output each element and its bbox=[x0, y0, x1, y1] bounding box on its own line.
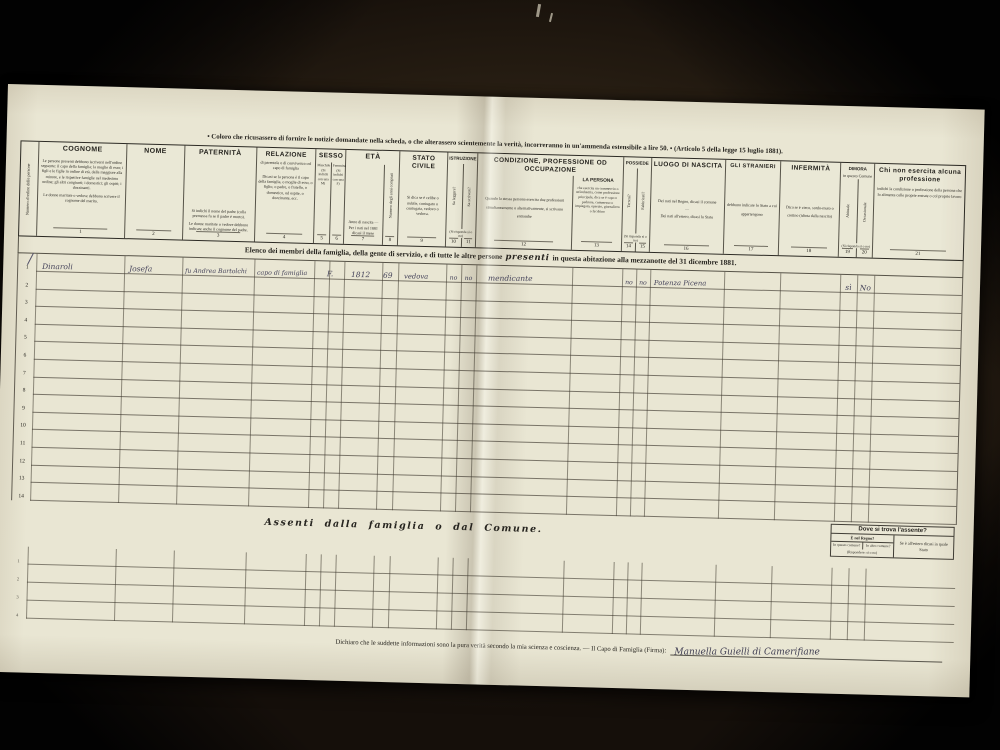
absent-rows: 1 2 3 4 bbox=[8, 546, 956, 643]
num-anno-nascita: 7 bbox=[344, 235, 381, 245]
row-number: 8 bbox=[15, 388, 33, 394]
label-sa-leggere: Sa leggere? bbox=[452, 187, 457, 206]
elenco-text-presenti: presenti bbox=[505, 253, 549, 264]
elenco-text-post: in questa abitazione alla mezzanotte del… bbox=[552, 254, 736, 268]
col-num-relazione: 4 bbox=[254, 233, 313, 244]
entry-sa-scrivere: no bbox=[461, 275, 476, 282]
col-desc-stranieri: debbono indicare lo Stato a cui apparten… bbox=[724, 199, 779, 219]
row-number: 9 bbox=[14, 405, 32, 411]
num-anni-compiuti: 8 bbox=[382, 236, 397, 245]
entry-sa-leggere: no bbox=[446, 274, 461, 281]
col-desc-chi-non-esercita: indichi la condizione o professione dell… bbox=[875, 184, 965, 199]
subcol-anni-compiuti: Numero degli anni compiuti 8 bbox=[381, 164, 399, 245]
row-number: 2 bbox=[9, 576, 27, 581]
row-number: 10 bbox=[14, 423, 32, 429]
absent-box-nota: (Rispondere: sì o no) bbox=[831, 549, 893, 558]
col-relazione: RELAZIONE di parentela o di convivenza c… bbox=[254, 148, 316, 244]
subcol-femmina: Femmina (Si indichi con una F) 6 bbox=[329, 162, 346, 244]
entry-professione: mendicante bbox=[488, 273, 533, 282]
census-table: Numero d'ordine delle persone COGNOME Le… bbox=[11, 141, 966, 525]
col-num-nome: 2 bbox=[125, 230, 182, 240]
subcol-sa-scrivere: Sa scrivere? bbox=[461, 164, 477, 230]
label-sa-scrivere: Sa scrivere? bbox=[467, 187, 472, 207]
col-title-sesso: SESSO bbox=[316, 150, 345, 163]
col-paternita: PATERNITÀ Si indichi il nome del padre (… bbox=[183, 146, 257, 242]
col-nome: NOME 2 bbox=[125, 145, 185, 240]
row-number: 3 bbox=[17, 300, 35, 306]
label-la-persona: che esercita un commercio o un'industria… bbox=[573, 184, 622, 215]
col-infermita: INFERMITÀ Dica se è cieco, sordo-muto o … bbox=[779, 162, 841, 258]
entry-stato-civile: vedova bbox=[404, 272, 428, 280]
col-num-infermita: 18 bbox=[779, 247, 838, 258]
col-stranieri: GLI STRANIERI debbono indicare lo Stato … bbox=[723, 160, 781, 255]
col-dimora: DIMORA in questo Comune Abituale Occasio… bbox=[839, 163, 875, 258]
row-number: 7 bbox=[15, 370, 33, 376]
col-num-stato-civile: 9 bbox=[398, 237, 445, 247]
col-desc2-cognome: Le donne maritate o vedove debbono scriv… bbox=[38, 190, 125, 205]
num-abituale: 19 bbox=[839, 248, 856, 257]
subcol-anno-nascita: Anno di nascita — Per i nati nel 1881 di… bbox=[344, 163, 383, 245]
entry-nome: Josefa bbox=[129, 264, 152, 273]
num-sa-leggere: 10 bbox=[446, 238, 461, 247]
row-number: 2 bbox=[18, 282, 36, 288]
declaration-text: Dichiaro che le suddette informazioni so… bbox=[335, 639, 666, 656]
num-maschile: 5 bbox=[314, 235, 329, 244]
row-number: 6 bbox=[16, 352, 34, 358]
col-title-stato-civile: STATO CIVILE bbox=[400, 152, 447, 173]
row-number: 12 bbox=[13, 458, 31, 464]
row-number: 1 bbox=[9, 558, 27, 563]
absent-box-estero-label: Se è all'estero dicasi in quale Stato bbox=[894, 538, 953, 556]
row-number: 3 bbox=[9, 594, 27, 599]
col-cognome: COGNOME Le persone presenti debbono iscr… bbox=[37, 142, 127, 238]
entry-paternita: fu Andrea Bartolchi bbox=[185, 267, 247, 275]
col-title-chi-non-esercita: Chi non esercita alcuna professione bbox=[875, 164, 965, 186]
absent-box-estero: Se è all'estero dicasi in quale Stato bbox=[893, 536, 954, 559]
col-chi-non-esercita: Chi non esercita alcuna professione indi… bbox=[873, 164, 965, 260]
col-eta: ETÀ Anno di nascita — Per i nati nel 188… bbox=[344, 150, 400, 245]
col-num-luogo: 16 bbox=[649, 243, 722, 254]
col-label-numero: Numero d'ordine delle persone bbox=[26, 163, 32, 215]
entry-fabbricati: no bbox=[636, 279, 650, 286]
col-luogo-nascita: LUOGO DI NASCITA Dei nati nel Regno, dic… bbox=[649, 158, 725, 254]
row-number: 14 bbox=[12, 493, 30, 499]
table-body: 1 Dinaroli Josefa fu Andrea Bartolchi ca… bbox=[11, 254, 963, 525]
num-occasionale: 20 bbox=[856, 249, 872, 258]
row-number: 13 bbox=[13, 475, 31, 481]
col-condizione: CONDIZIONE, PROFESSIONE OD OCCUPAZIONE Q… bbox=[476, 154, 624, 252]
num-femmina: 6 bbox=[330, 235, 344, 244]
head-of-family-signature: Manuella Guielli di Camerifiane bbox=[674, 647, 819, 657]
subcol-occasionale: Occasionale bbox=[856, 180, 874, 244]
entry-relazione: capo di famiglia bbox=[257, 269, 307, 276]
entry-cognome: Dinaroli bbox=[42, 262, 73, 271]
label-terreni: Terreni? bbox=[627, 194, 632, 207]
col-sesso: SESSO Maschile (Si indichi con una M) 5 … bbox=[314, 150, 346, 245]
scratch-mark bbox=[536, 4, 541, 17]
row-number: 11 bbox=[14, 440, 32, 446]
num-sa-scrivere: 11 bbox=[461, 238, 475, 247]
entry-anno-nascita: 1812 bbox=[351, 270, 370, 279]
row-number: 5 bbox=[16, 335, 34, 341]
col-desc-infermita: Dica se è cieco, sordo-muto o cretino (i… bbox=[780, 201, 839, 221]
entry-luogo-nascita: Potenza Picena bbox=[654, 279, 706, 287]
label-due-professioni: Quando la stessa persona esercita due pr… bbox=[477, 193, 573, 223]
row-number: 4 bbox=[17, 317, 35, 323]
col-num-stranieri: 17 bbox=[723, 245, 778, 255]
entry-terreni: no bbox=[622, 279, 636, 286]
entry-dimora-abituale: sì bbox=[840, 282, 857, 291]
scratch-mark bbox=[549, 13, 553, 22]
absent-box-regno: È nel Regno? In questo comune? In altro … bbox=[831, 534, 894, 557]
row-number: 4 bbox=[8, 612, 26, 617]
subcol-fabbricati: Fabbricati? bbox=[635, 168, 650, 234]
signature-line: Manuella Guielli di Camerifiane bbox=[670, 641, 942, 662]
label-fabbricati: Fabbricati? bbox=[641, 192, 646, 210]
col-desc-relazione: Dicasi se la persona è il capo della fam… bbox=[256, 171, 316, 201]
subcol-abituale: Abituale bbox=[839, 179, 857, 243]
note-femmina: (Si indichi con una F) bbox=[331, 168, 345, 186]
entry-anni-compiuti: 69 bbox=[383, 270, 393, 279]
label-abituale: Abituale bbox=[846, 204, 851, 218]
col-stato-civile: STATO CIVILE Si dica se è celibe o nubil… bbox=[398, 152, 448, 247]
col-possiede: POSSIEDE Terreni? Fabbricati? (Si rispon… bbox=[622, 158, 652, 253]
elenco-text-pre: Elenco dei membri della famiglia, della … bbox=[245, 246, 503, 262]
entry-dimora-occasionale: No bbox=[857, 283, 874, 292]
label-occasionale: Occasionale bbox=[863, 202, 868, 222]
absent-section: Assenti dalla famiglia o dal Comune. Dov… bbox=[8, 504, 957, 643]
col-title-possiede: POSSIEDE bbox=[624, 158, 651, 169]
num-fabbricati: 15 bbox=[636, 243, 649, 252]
col-title-istruzione: ISTRUZIONE bbox=[448, 153, 477, 164]
num-la-persona: 13 bbox=[572, 241, 621, 251]
label-anni-compiuti: Numero degli anni compiuti bbox=[388, 173, 394, 218]
note-maschile: (Si indichi con una M) bbox=[316, 167, 331, 185]
subcol-la-persona: LA PERSONA che esercita un commercio o u… bbox=[571, 176, 622, 251]
subcol-due-professioni: Quando la stessa persona esercita due pr… bbox=[476, 174, 573, 251]
num-terreni: 14 bbox=[622, 243, 636, 252]
census-sheet: • Coloro che ricusassero di fornire le n… bbox=[0, 84, 985, 697]
col-istruzione: ISTRUZIONE Sa leggere? Sa scrivere? (Si … bbox=[446, 153, 478, 248]
col-desc-cognome: Le persone presenti debbono iscriversi n… bbox=[38, 155, 126, 192]
col-desc-stato-civile: Si dica se è celibe o nubile, coniugato … bbox=[399, 192, 447, 217]
absent-location-box: Dove si trova l'assente? È nel Regno? In… bbox=[830, 523, 955, 560]
col-num-paternita: 3 bbox=[183, 231, 254, 242]
label-anno-nascita: Anno di nascita — Per i nati nel 1881 di… bbox=[344, 217, 382, 236]
